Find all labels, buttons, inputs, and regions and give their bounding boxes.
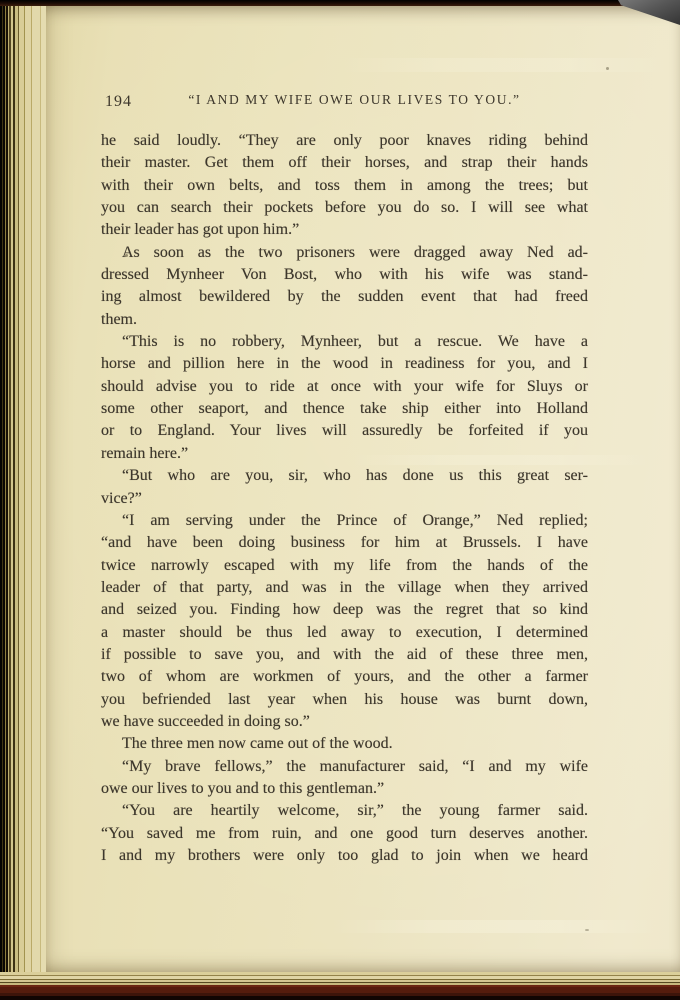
- text-line: As soon as the two prisoners were dragge…: [101, 242, 588, 264]
- text-line: should advise you to ride at once with y…: [101, 376, 588, 398]
- text-line: remain here.”: [101, 443, 588, 465]
- book-cover-bottom-edge: [0, 985, 680, 1000]
- scan-light-streak: [330, 920, 660, 933]
- text-line: you befriended last year when his house …: [101, 689, 588, 711]
- text-line: I and my brothers were only too glad to …: [101, 845, 588, 867]
- text-line: horse and pillion here in the wood in re…: [101, 353, 588, 375]
- text-line: you can search their pockets before you …: [101, 197, 588, 219]
- text-line: their leader has got upon him.”: [101, 219, 588, 241]
- text-line: owe our lives to you and to this gentlem…: [101, 778, 588, 800]
- text-line: leader of that party, and was in the vil…: [101, 577, 588, 599]
- text-line: their master. Get them off their horses,…: [101, 152, 588, 174]
- text-line: The three men now came out of the wood.: [101, 733, 588, 755]
- page-header: 194 “I AND MY WIFE OWE OUR LIVES TO YOU.…: [101, 92, 588, 114]
- text-line: “You saved me from ruin, and one good tu…: [101, 823, 588, 845]
- text-line: a master should be thus led away to exec…: [101, 622, 588, 644]
- text-line: them.: [101, 309, 588, 331]
- running-title: “I AND MY WIFE OWE OUR LIVES TO YOU.”: [101, 92, 588, 108]
- text-line: ing almost bewildered by the sudden even…: [101, 286, 588, 308]
- page-text: he said loudly. “They are only poor knav…: [101, 130, 588, 867]
- ink-speck: [125, 254, 128, 257]
- book-cover-top-edge: [0, 0, 680, 6]
- text-line: with their own belts, and toss them in a…: [101, 175, 588, 197]
- page-edges-left: [0, 4, 46, 985]
- text-line: and seized you. Finding how deep was the…: [101, 599, 588, 621]
- text-line: vice?”: [101, 488, 588, 510]
- text-line: “But who are you, sir, who has done us t…: [101, 465, 588, 487]
- text-line: if possible to save you, and with the ai…: [101, 644, 588, 666]
- text-line: “and have been doing business for him at…: [101, 532, 588, 554]
- text-line: two of whom are workmen of yours, and th…: [101, 666, 588, 688]
- text-line: “I am serving under the Prince of Orange…: [101, 510, 588, 532]
- text-line: he said loudly. “They are only poor knav…: [101, 130, 588, 152]
- page-content: 194 “I AND MY WIFE OWE OUR LIVES TO YOU.…: [101, 92, 588, 867]
- text-line: we have succeeded in doing so.”: [101, 711, 588, 733]
- page-edges-bottom: [0, 972, 680, 985]
- text-line: or to England. Your lives will assuredly…: [101, 420, 588, 442]
- scan-light-streak: [340, 58, 670, 72]
- ink-speck: [585, 929, 589, 931]
- scanned-book-page: 194 “I AND MY WIFE OWE OUR LIVES TO YOU.…: [0, 0, 680, 1000]
- text-line: “My brave fellows,” the manufacturer sai…: [101, 756, 588, 778]
- text-line: “You are heartily welcome, sir,” the you…: [101, 800, 588, 822]
- text-line: twice narrowly escaped with my life from…: [101, 555, 588, 577]
- text-line: some other seaport, and thence take ship…: [101, 398, 588, 420]
- text-line: dressed Mynheer Von Bost, who with his w…: [101, 264, 588, 286]
- page-number: 194: [105, 93, 132, 111]
- ink-speck: [606, 67, 609, 70]
- text-line: “This is no robbery, Mynheer, but a resc…: [101, 331, 588, 353]
